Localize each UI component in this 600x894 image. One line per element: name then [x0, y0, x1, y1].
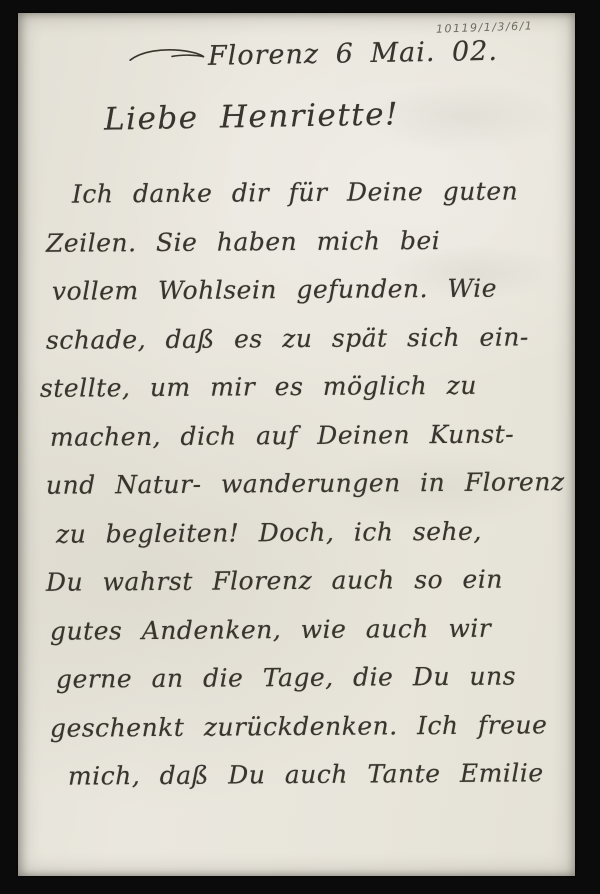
body-line: stellte, um mir es möglich zu [40, 361, 559, 413]
body-line: gerne an die Tage, die Du uns [40, 652, 559, 704]
dateline: Florenz 6 Mai. 02. [128, 36, 498, 73]
body-line: schade, daß es zu spät sich ein- [40, 313, 559, 365]
body-line: und Natur- wanderungen in Florenz [40, 458, 559, 510]
flourish-stroke [128, 45, 206, 68]
scan-background: 10119/1/3/6/1 Florenz 6 Mai. 02. Liebe H… [0, 0, 600, 894]
archive-number: 10119/1/3/6/1 [435, 19, 533, 35]
salutation: Liebe Henriette! [104, 96, 400, 137]
body-line: vollem Wohlsein gefunden. Wie [40, 264, 559, 316]
body-line: geschenkt zurückdenken. Ich freue [40, 701, 559, 753]
dateline-text: Florenz 6 Mai. 02. [208, 36, 498, 72]
letter-body: Ich danke dir für Deine guten Zeilen. Si… [40, 169, 559, 800]
body-line: machen, dich auf Deinen Kunst- [40, 410, 559, 462]
letter-page: 10119/1/3/6/1 Florenz 6 Mai. 02. Liebe H… [18, 13, 575, 876]
body-line: Ich danke dir für Deine guten [40, 167, 559, 219]
body-line: mich, daß Du auch Tante Emilie [40, 749, 559, 801]
body-line: gutes Andenken, wie auch wir [40, 604, 559, 656]
body-line: Du wahrst Florenz auch so ein [40, 555, 559, 607]
body-line: zu begleiten! Doch, ich sehe, [40, 507, 559, 559]
body-line: Zeilen. Sie haben mich bei [40, 216, 559, 268]
